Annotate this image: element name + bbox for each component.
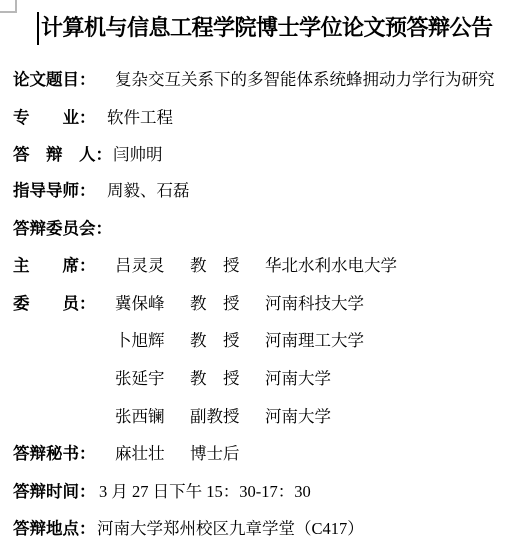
thesis-title-label: 论文题目： — [13, 68, 96, 92]
text-insertion-cursor — [37, 12, 39, 45]
supervisors-label: 指导导师： — [13, 179, 96, 203]
member-name: 卜旭辉 — [115, 329, 165, 353]
venue-label: 答辩地点： — [13, 517, 96, 541]
member-name: 冀保峰 — [115, 292, 165, 316]
member-title: 教 授 — [190, 292, 240, 316]
committee-chair-row: 主 席： 吕灵灵 教 授 华北水利水电大学 — [0, 254, 514, 278]
chair-title: 教 授 — [190, 254, 240, 278]
chair-affiliation: 华北水利水电大学 — [265, 254, 397, 278]
committee-heading-label: 答辩委员会： — [13, 217, 112, 241]
major-row: 专 业： 软件工程 — [0, 106, 514, 130]
venue-row: 答辩地点： 河南大学郑州校区九章学堂（C417） — [0, 517, 514, 541]
secretary-name: 麻壮壮 — [115, 442, 165, 466]
members-label: 委 员： — [13, 292, 96, 316]
secretary-row: 答辩秘书： 麻壮壮 博士后 — [0, 442, 514, 466]
time-row: 答辩时间： 3 月 27 日下午 15：30-17：30 — [0, 480, 514, 504]
member-affiliation: 河南大学 — [265, 405, 331, 429]
page-title: 计算机与信息工程学院博士学位论文预答辩公告 — [41, 11, 493, 45]
member-name: 张西镧 — [115, 405, 165, 429]
member-affiliation: 河南大学 — [265, 367, 331, 391]
member-title: 副教授 — [190, 405, 240, 429]
member-title: 教 授 — [190, 329, 240, 353]
secretary-title: 博士后 — [190, 442, 240, 466]
member-title: 教 授 — [190, 367, 240, 391]
document-page[interactable]: 计算机与信息工程学院博士学位论文预答辩公告 论文题目： 复杂交互关系下的多智能体… — [0, 0, 514, 550]
chair-label: 主 席： — [13, 254, 96, 278]
venue-value: 河南大学郑州校区九章学堂（C417） — [97, 517, 364, 541]
member-affiliation: 河南理工大学 — [265, 329, 364, 353]
member-name: 张延宇 — [115, 367, 165, 391]
committee-heading-row: 答辩委员会： — [0, 217, 514, 241]
major-label: 专 业： — [13, 106, 96, 130]
defender-row: 答 辩 人： 闫帅明 — [0, 143, 514, 167]
thesis-title-row: 论文题目： 复杂交互关系下的多智能体系统蜂拥动力学行为研究 — [0, 68, 514, 92]
time-label: 答辩时间： — [13, 480, 96, 504]
secretary-label: 答辩秘书： — [13, 442, 96, 466]
time-value: 3 月 27 日下午 15：30-17：30 — [99, 480, 311, 504]
page-margin-corner-mark — [15, 0, 17, 13]
committee-member-row: 张延宇 教 授 河南大学 — [0, 367, 514, 391]
supervisors-row: 指导导师： 周毅、石磊 — [0, 179, 514, 203]
thesis-title-value: 复杂交互关系下的多智能体系统蜂拥动力学行为研究 — [115, 68, 495, 92]
chair-name: 吕灵灵 — [115, 254, 165, 278]
major-value: 软件工程 — [107, 106, 173, 130]
defender-value: 闫帅明 — [113, 143, 163, 167]
member-affiliation: 河南科技大学 — [265, 292, 364, 316]
supervisors-value: 周毅、石磊 — [107, 179, 190, 203]
defender-label: 答 辩 人： — [13, 143, 112, 167]
committee-member-row: 张西镧 副教授 河南大学 — [0, 405, 514, 429]
committee-member-row: 委 员： 冀保峰 教 授 河南科技大学 — [0, 292, 514, 316]
committee-member-row: 卜旭辉 教 授 河南理工大学 — [0, 329, 514, 353]
